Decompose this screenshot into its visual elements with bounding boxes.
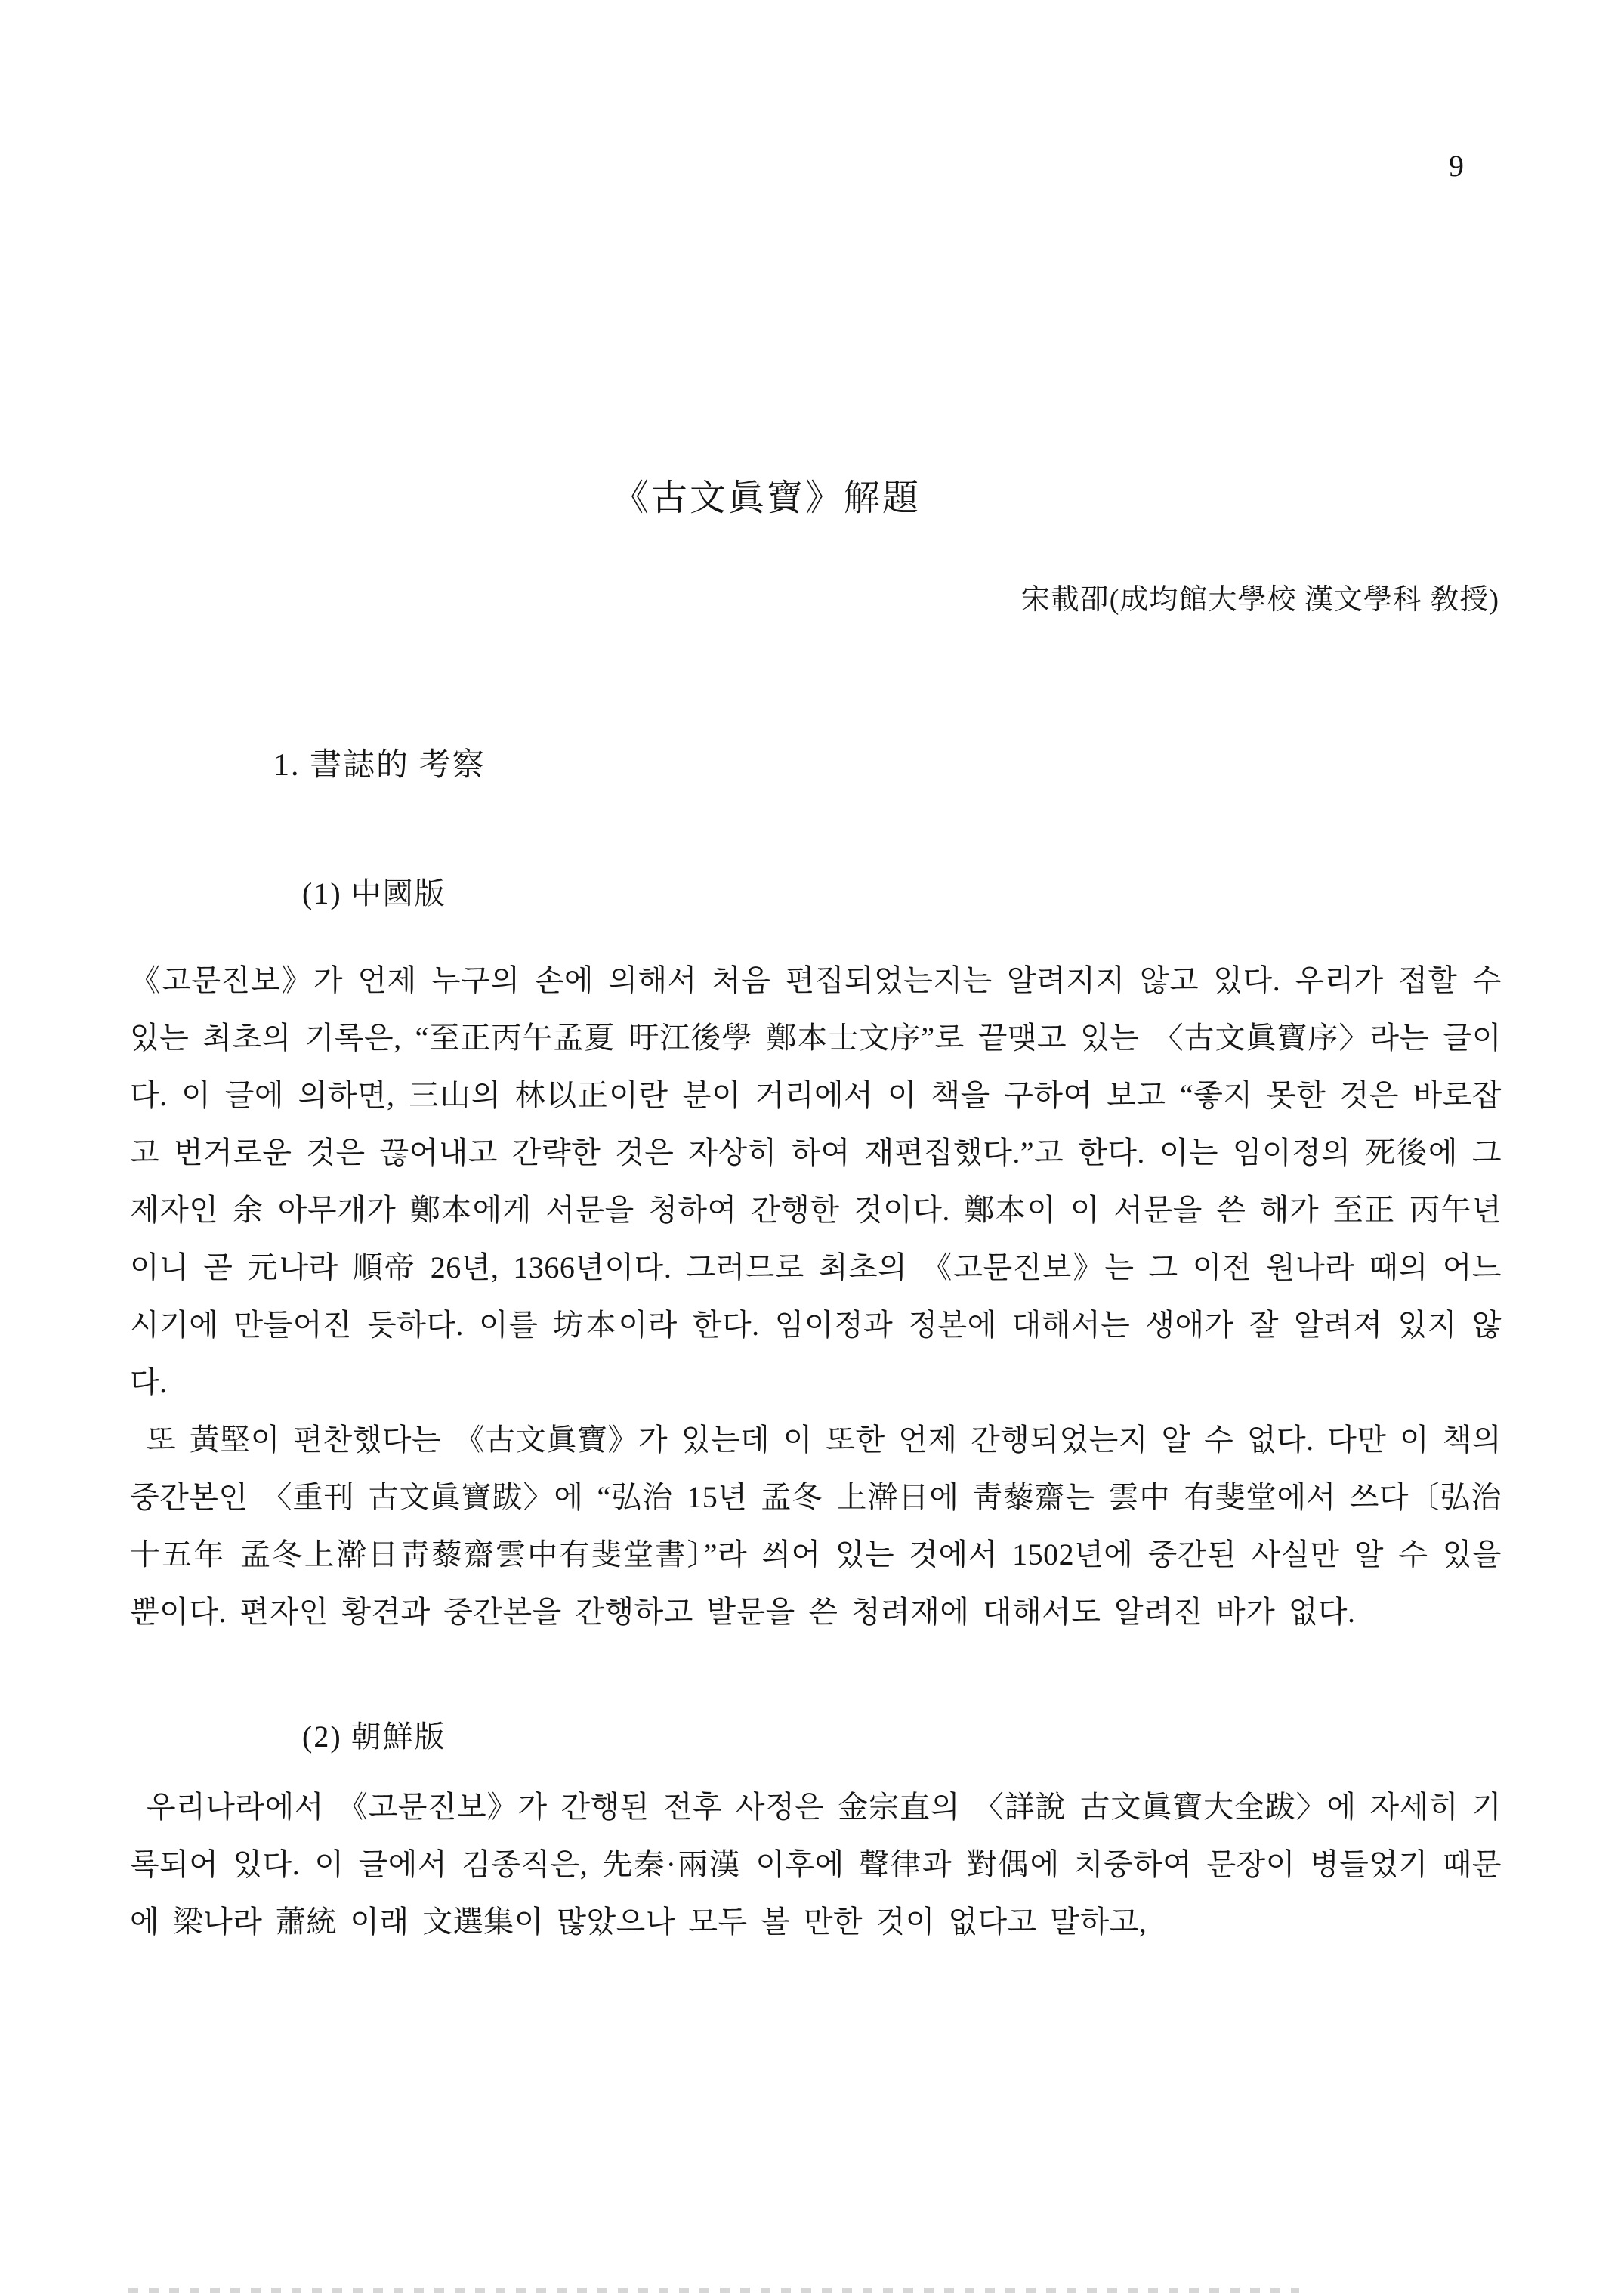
author-affiliation: 宋載卲(成均館大學校 漢文學科 敎授)	[1021, 576, 1499, 617]
subsection-heading-korean-edition: (2) 朝鮮版	[130, 1717, 1502, 1757]
subsection-heading-chinese-edition: (1) 中國版	[130, 873, 1502, 914]
article-title: 《古文眞寶》解題	[0, 468, 1624, 521]
paragraph-chinese-edition-1: 《고문진보》가 언제 누구의 손에 의해서 처음 편집되었는지는 알려지지 않고…	[130, 952, 1502, 1411]
paragraph-chinese-edition-2: 또 黃堅이 편찬했다는 《古文眞寶》가 있는데 이 또한 언제 간행되었는지 알…	[130, 1411, 1502, 1641]
article-body: 1. 書誌的 考察 (1) 中國版 《고문진보》가 언제 누구의 손에 의해서 …	[130, 744, 1502, 1951]
paragraph-korean-edition-1: 우리나라에서 《고문진보》가 간행된 전후 사정은 金宗直의 〈詳說 古文眞寶大…	[130, 1778, 1502, 1951]
scanned-document-page: 9 《古文眞寶》解題 宋載卲(成均館大學校 漢文學科 敎授) 1. 書誌的 考察…	[0, 0, 1624, 2293]
page-number: 9	[1449, 151, 1464, 181]
scan-edge-artifact	[128, 2288, 1299, 2293]
section-heading-bibliographic-study: 1. 書誌的 考察	[130, 744, 1502, 786]
